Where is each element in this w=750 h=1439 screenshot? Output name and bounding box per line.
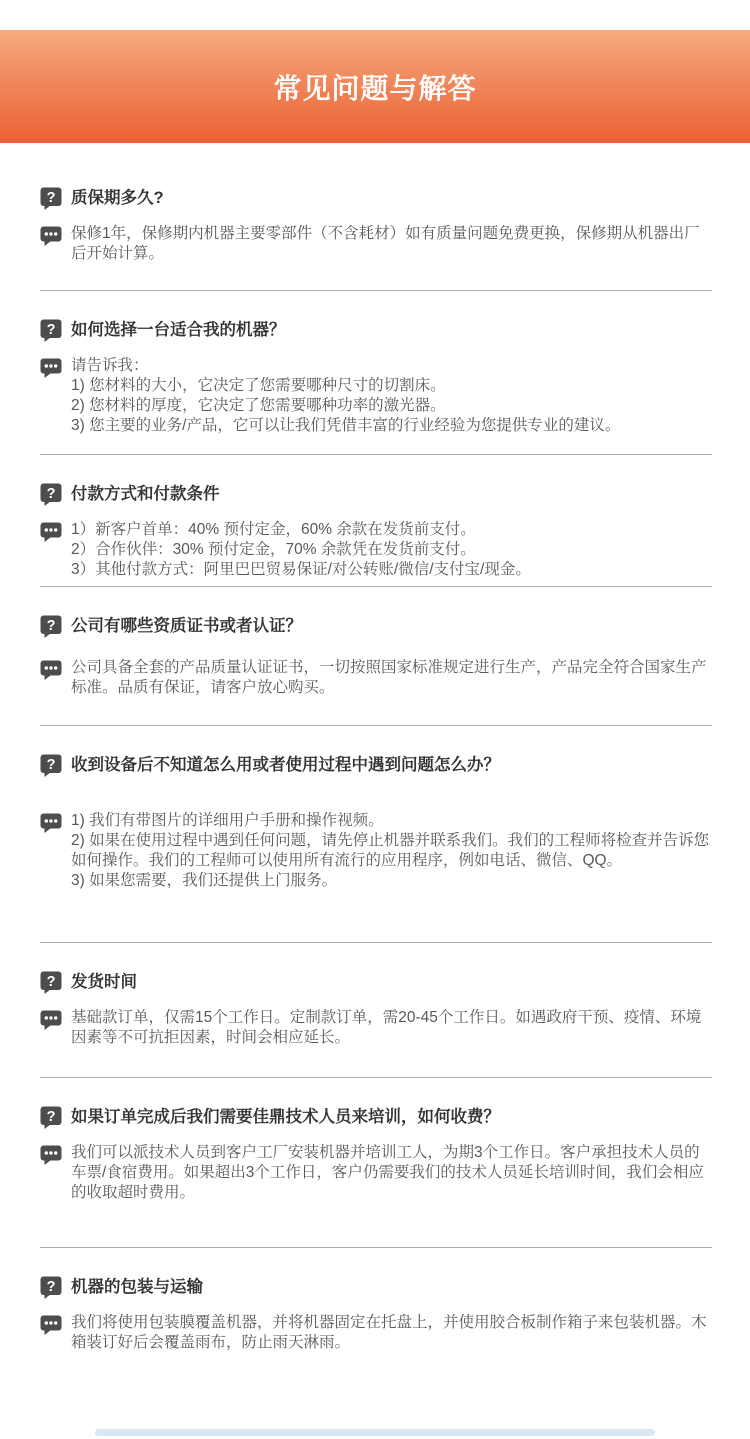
faq-question-row: 收到设备后不知道怎么用或者使用过程中遇到问题怎么办？ [40, 754, 712, 777]
horizontal-scrollbar-thumb[interactable] [95, 1429, 655, 1436]
faq-question: 如果订单完成后我们需要佳鼎技术人员来培训，如何收费？ [71, 1106, 500, 1128]
question-bubble-icon [40, 971, 62, 994]
faq-answer: 请告诉我：1) 您材料的大小，它决定了您需要哪种尺寸的切割床。2) 您材料的厚度… [71, 356, 620, 436]
faq-question: 质保期多久? [71, 187, 164, 209]
question-bubble-icon [40, 319, 62, 342]
faq-question: 发货时间 [71, 971, 137, 993]
faq-question-row: 如何选择一台适合我的机器？ [40, 319, 712, 342]
faq-question-row: 质保期多久? [40, 187, 712, 210]
faq-answer: 我们可以派技术人员到客户工厂安装机器并培训工人，为期3个工作日。客户承担技术人员… [71, 1143, 712, 1203]
answer-dots-icon [40, 1143, 62, 1166]
answer-dots-icon [40, 356, 62, 379]
faq-answer-row: 1）新客户首单：40% 预付定金，60% 余款在发货前支付。2）合作伙伴：30%… [40, 520, 712, 580]
faq-question-row: 公司有哪些资质证书或者认证？ [40, 615, 712, 638]
answer-dots-icon [40, 1313, 62, 1336]
answer-dots-icon [40, 1008, 62, 1031]
faq-item: 付款方式和付款条件 1）新客户首单：40% 预付定金，60% 余款在发货前支付。… [40, 455, 712, 587]
faq-question-row: 付款方式和付款条件 [40, 483, 712, 506]
faq-question: 付款方式和付款条件 [71, 483, 220, 505]
faq-answer-row: 基础款订单，仅需15个工作日。定制款订单，需20-45个工作日。如遇政府干预、疫… [40, 1008, 712, 1048]
faq-item: 如果订单完成后我们需要佳鼎技术人员来培训，如何收费？ 我们可以派技术人员到客户工… [40, 1078, 712, 1248]
faq-item: 质保期多久? 保修1年，保修期内机器主要零部件（不含耗材）如有质量问题免费更换，… [40, 143, 712, 291]
question-bubble-icon [40, 1106, 62, 1129]
question-bubble-icon [40, 615, 62, 638]
faq-item: 机器的包装与运输 我们将使用包装膜覆盖机器，并将机器固定在托盘上，并使用胶合板制… [40, 1248, 712, 1353]
faq-answer-row: 请告诉我：1) 您材料的大小，它决定了您需要哪种尺寸的切割床。2) 您材料的厚度… [40, 356, 712, 436]
question-bubble-icon [40, 754, 62, 777]
faq-answer: 保修1年，保修期内机器主要零部件（不含耗材）如有质量问题免费更换，保修期从机器出… [71, 224, 712, 264]
answer-dots-icon [40, 224, 62, 247]
faq-answer-row: 保修1年，保修期内机器主要零部件（不含耗材）如有质量问题免费更换，保修期从机器出… [40, 224, 712, 264]
faq-answer-row: 我们将使用包装膜覆盖机器，并将机器固定在托盘上，并使用胶合板制作箱子来包装机器。… [40, 1313, 712, 1353]
faq-question: 公司有哪些资质证书或者认证？ [71, 615, 302, 637]
faq-banner: 常见问题与解答 [0, 30, 750, 143]
faq-answer-row: 我们可以派技术人员到客户工厂安装机器并培训工人，为期3个工作日。客户承担技术人员… [40, 1143, 712, 1203]
answer-dots-icon [40, 520, 62, 543]
faq-list: 质保期多久? 保修1年，保修期内机器主要零部件（不含耗材）如有质量问题免费更换，… [0, 143, 750, 1353]
faq-question: 收到设备后不知道怎么用或者使用过程中遇到问题怎么办？ [71, 754, 500, 776]
faq-question-row: 机器的包装与运输 [40, 1276, 712, 1299]
faq-answer: 公司具备全套的产品质量认证证书，一切按照国家标准规定进行生产，产品完全符合国家生… [71, 658, 712, 698]
question-bubble-icon [40, 187, 62, 210]
page-title: 常见问题与解答 [273, 67, 476, 107]
answer-dots-icon [40, 811, 62, 834]
question-bubble-icon [40, 1276, 62, 1299]
faq-question: 机器的包装与运输 [71, 1276, 203, 1298]
faq-answer-row: 1) 我们有带图片的详细用户手册和操作视频。2) 如果在使用过程中遇到任何问题，… [40, 811, 712, 891]
faq-question: 如何选择一台适合我的机器？ [71, 319, 286, 341]
faq-answer-row: 公司具备全套的产品质量认证证书，一切按照国家标准规定进行生产，产品完全符合国家生… [40, 658, 712, 698]
question-bubble-icon [40, 483, 62, 506]
faq-answer: 1）新客户首单：40% 预付定金，60% 余款在发货前支付。2）合作伙伴：30%… [71, 520, 531, 580]
faq-question-row: 如果订单完成后我们需要佳鼎技术人员来培训，如何收费？ [40, 1106, 712, 1129]
answer-dots-icon [40, 658, 62, 681]
faq-question-row: 发货时间 [40, 971, 712, 994]
faq-item: 公司有哪些资质证书或者认证？ 公司具备全套的产品质量认证证书，一切按照国家标准规… [40, 587, 712, 726]
faq-item: 如何选择一台适合我的机器？ 请告诉我：1) 您材料的大小，它决定了您需要哪种尺寸… [40, 291, 712, 455]
faq-item: 收到设备后不知道怎么用或者使用过程中遇到问题怎么办？ 1) 我们有带图片的详细用… [40, 726, 712, 943]
faq-answer: 基础款订单，仅需15个工作日。定制款订单，需20-45个工作日。如遇政府干预、疫… [71, 1008, 712, 1048]
faq-item: 发货时间 基础款订单，仅需15个工作日。定制款订单，需20-45个工作日。如遇政… [40, 943, 712, 1078]
faq-answer: 我们将使用包装膜覆盖机器，并将机器固定在托盘上，并使用胶合板制作箱子来包装机器。… [71, 1313, 712, 1353]
faq-answer: 1) 我们有带图片的详细用户手册和操作视频。2) 如果在使用过程中遇到任何问题，… [71, 811, 712, 891]
